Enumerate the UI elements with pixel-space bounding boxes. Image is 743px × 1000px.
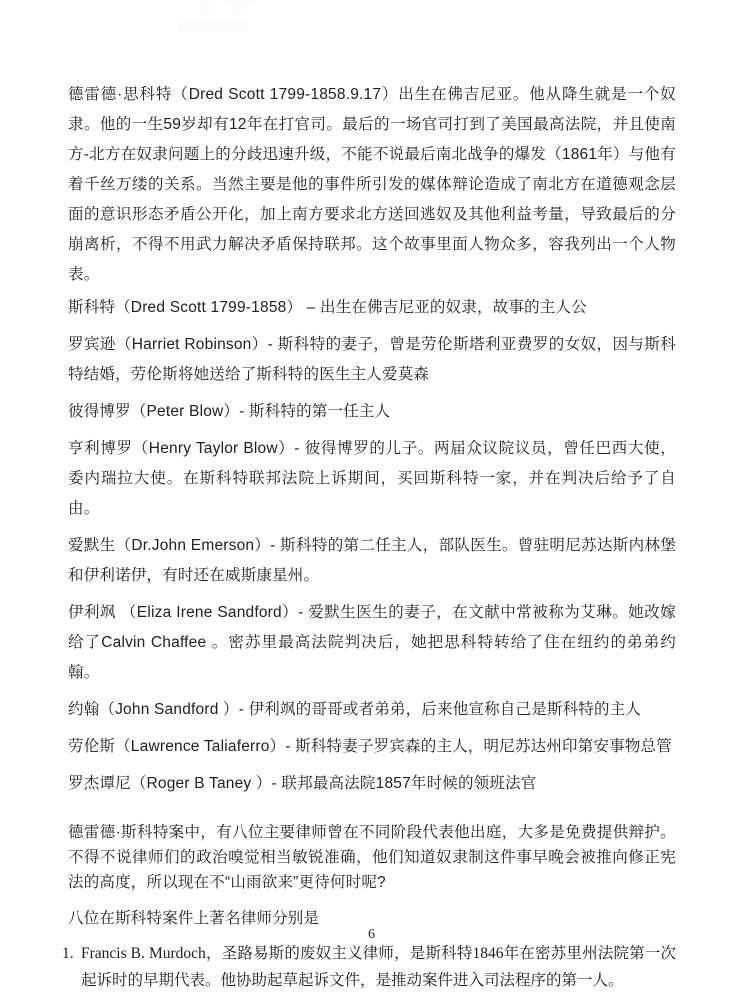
list-item-number: 1. [62,940,81,994]
list-item-text: Francis B. Murdoch，圣路易斯的废奴主义律师，是斯科特1846年… [81,940,676,994]
lawyers-intro-paragraph: 德雷德·斯科特案中，有八位主要律师曾在不同阶段代表他出庭，大多是免费提供辩护。不… [68,820,676,895]
document-page: 德雷德·思科特（Dred Scott 1799-1858.9.17）出生在佛吉尼… [0,0,743,1000]
intro-paragraph: 德雷德·思科特（Dred Scott 1799-1858.9.17）出生在佛吉尼… [68,80,676,290]
page-number: 6 [0,927,743,943]
character-entry-john-sandford: 约翰（John Sandford ）- 伊利飒的哥哥或者弟弟，后来他宣称自己是斯… [68,695,676,725]
character-entry-scott: 斯科特（Dred Scott 1799-1858） – 出生在佛吉尼亚的奴隶，故… [68,293,676,323]
character-entry-peter-blow: 彼得博罗（Peter Blow）- 斯科特的第一任主人 [68,397,676,427]
character-entry-henry-blow: 亨利博罗（Henry Taylor Blow）- 彼得博罗的儿子。两届众议院议员… [68,434,676,524]
character-entry-robinson: 罗宾逊（Harriet Robinson）- 斯科特的妻子，曾是劳伦斯塔利亚费罗… [68,330,676,390]
character-entry-eliza: 伊利飒 （Eliza Irene Sandford）- 爱默生医生的妻子，在文献… [68,598,676,688]
character-entry-taliaferro: 劳伦斯（Lawrence Taliaferro）- 斯科特妻子罗宾森的主人，明尼… [68,732,676,762]
character-entry-taney: 罗杰谭尼（Roger B Taney ）- 联邦最高法院1857年时候的领班法官 [68,769,676,799]
numbered-list-item-1: 1. Francis B. Murdoch，圣路易斯的废奴主义律师，是斯科特18… [62,940,676,994]
page-content: 德雷德·思科特（Dred Scott 1799-1858.9.17）出生在佛吉尼… [68,0,676,994]
character-entry-emerson: 爱默生（Dr.John Emerson）- 斯科特的第二任主人，部队医生。曾驻明… [68,531,676,591]
